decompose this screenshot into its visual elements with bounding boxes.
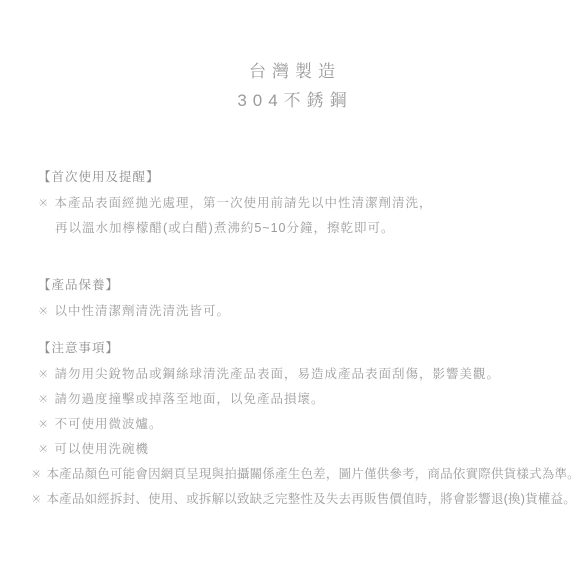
note-item-text: 再以溫水加檸檬醋(或白醋)煮沸約5~10分鐘，擦乾即可。 <box>55 220 394 237</box>
reference-mark: ※ <box>38 441 49 458</box>
note-item: ※可以使用洗碗機 <box>38 441 568 458</box>
note-item-text: 本產品如經拆封、使用、或拆解以致缺乏完整性及失去再販售價值時，將會影響退(換)貨… <box>46 491 575 508</box>
material-304-stainless-label: 304不銹鋼 <box>0 86 584 115</box>
note-item: ※以中性清潔劑清洗清洗皆可。 <box>38 303 568 320</box>
note-item: ※本產品顏色可能會因網頁呈現與拍攝關係產生色差，圖片僅供參考，商品依實際供貨樣式… <box>31 466 568 483</box>
product-title-block: 台灣製造 304不銹鋼 <box>0 0 584 115</box>
reference-mark: ※ <box>31 466 42 483</box>
reference-mark: ※ <box>38 366 49 383</box>
note-item-text: 請勿用尖銳物品或鋼絲球清洗產品表面，易造成產品表面刮傷，影響美觀。 <box>54 366 500 383</box>
reference-mark: ※ <box>38 391 49 408</box>
reference-mark: ※ <box>38 195 49 212</box>
note-item: ※不可使用微波爐。 <box>38 416 568 433</box>
section-heading: 【首次使用及提醒】 <box>38 169 568 186</box>
section-heading: 【產品保養】 <box>38 277 568 294</box>
note-item: ※請勿過度撞擊或掉落至地面，以免產品損壞。 <box>38 391 568 408</box>
note-item: 再以溫水加檸檬醋(或白醋)煮沸約5~10分鐘，擦乾即可。 <box>38 220 568 237</box>
reference-mark: ※ <box>38 416 49 433</box>
made-in-taiwan-label: 台灣製造 <box>0 57 584 86</box>
note-item-text: 不可使用微波爐。 <box>54 416 162 433</box>
note-item-text: 請勿過度撞擊或掉落至地面，以免產品損壞。 <box>54 391 324 408</box>
section-notes: 【注意事項】※請勿用尖銳物品或鋼絲球清洗產品表面，易造成產品表面刮傷，影響美觀。… <box>38 340 568 508</box>
note-item-text: 可以使用洗碗機 <box>54 441 149 458</box>
info-sections: 【首次使用及提醒】※本產品表面經拋光處理，第一次使用前請先以中性清潔劑清洗，再以… <box>0 169 584 508</box>
note-item: ※請勿用尖銳物品或鋼絲球清洗產品表面，易造成產品表面刮傷，影響美觀。 <box>38 366 568 383</box>
section-first-use-reminder: 【首次使用及提醒】※本產品表面經拋光處理，第一次使用前請先以中性清潔劑清洗，再以… <box>38 169 568 237</box>
note-item: ※本產品如經拆封、使用、或拆解以致缺乏完整性及失去再販售價值時，將會影響退(換)… <box>31 491 568 508</box>
note-item: ※本產品表面經拋光處理，第一次使用前請先以中性清潔劑清洗， <box>38 195 568 212</box>
reference-mark: ※ <box>38 303 49 320</box>
section-product-care: 【產品保養】※以中性清潔劑清洗清洗皆可。 <box>38 277 568 320</box>
note-item-text: 以中性清潔劑清洗清洗皆可。 <box>54 303 230 320</box>
note-item-text: 本產品表面經拋光處理，第一次使用前請先以中性清潔劑清洗， <box>54 195 432 212</box>
reference-mark: ※ <box>31 491 42 508</box>
product-info-page: 台灣製造 304不銹鋼 【首次使用及提醒】※本產品表面經拋光處理，第一次使用前請… <box>0 0 584 508</box>
note-item-text: 本產品顏色可能會因網頁呈現與拍攝關係產生色差，圖片僅供參考，商品依實際供貨樣式為… <box>46 466 579 483</box>
section-heading: 【注意事項】 <box>38 340 568 357</box>
